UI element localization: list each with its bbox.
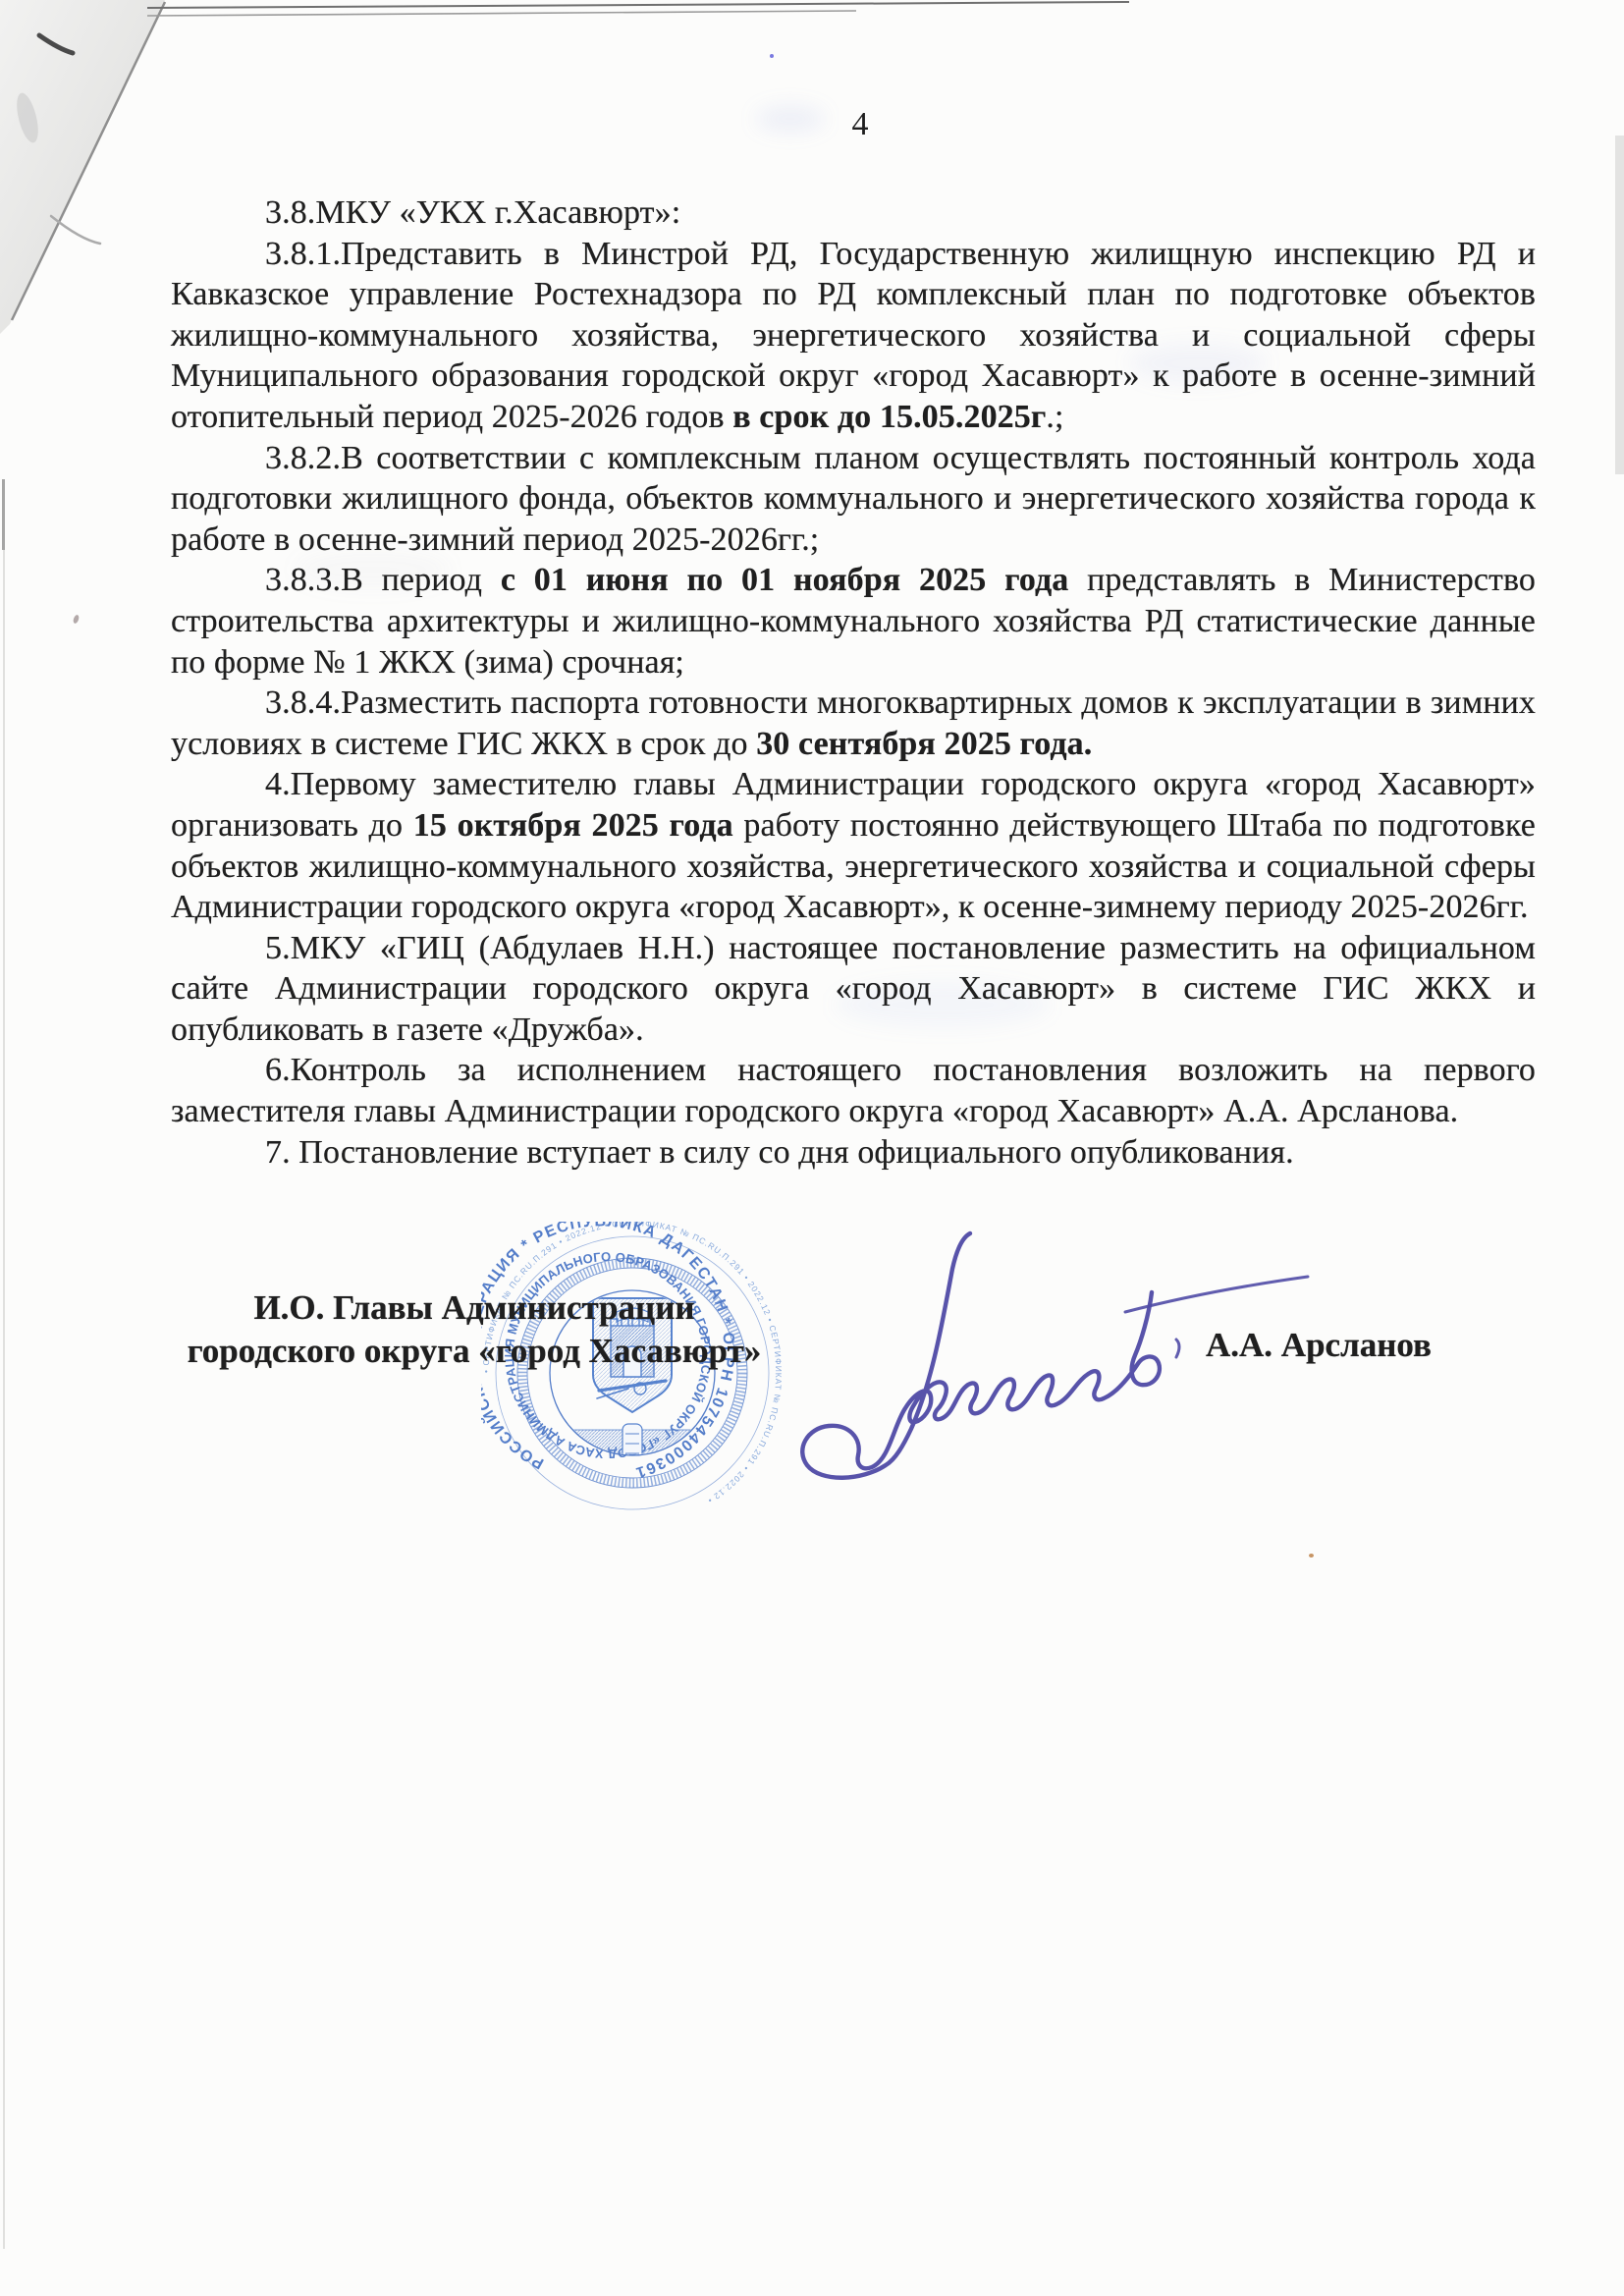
paragraph: 3.8.4.Разместить паспорта готовности мно… — [171, 683, 1536, 764]
paragraph: 3.8.1.Представить в Минстрой РД, Государ… — [171, 234, 1536, 438]
paragraph: 3.8.МКУ «УКХ г.Хасавюрт»: — [171, 192, 1536, 234]
scan-edge-line — [3, 550, 5, 2249]
scan-speck — [1309, 1554, 1314, 1558]
scan-edge-lines — [0, 0, 1624, 29]
scanned-document-page: 4 3.8.МКУ «УКХ г.Хасавюрт»:3.8.1.Предста… — [0, 0, 1624, 2296]
paragraph: 3.8.3.В период с 01 июня по 01 ноября 20… — [171, 560, 1536, 683]
scan-speck — [73, 614, 81, 624]
page-number: 4 — [811, 106, 909, 143]
signature-title-line2: городского округа «город Хасавюрт» — [177, 1330, 772, 1373]
signature-title-line1: И.О. Главы Администрации — [177, 1286, 772, 1330]
paragraph: 7. Постановление вступает в силу со дня … — [171, 1132, 1536, 1174]
scan-edge-line — [2, 479, 5, 550]
official-round-stamp: • СЕРТИФИКАТ № ПС.RU.П.291 • 2022.12 • С… — [481, 1222, 784, 1524]
scan-edge-strip — [1615, 136, 1624, 474]
paragraph: 3.8.2.В соответствии с комплексным плано… — [171, 438, 1536, 561]
signature-ink — [746, 1218, 1335, 1503]
signature-title: И.О. Главы Администрации городского окру… — [177, 1286, 772, 1372]
paragraph: 6.Контроль за исполнением настоящего пос… — [171, 1050, 1536, 1131]
paragraph: 4.Первому заместителю главы Администраци… — [171, 764, 1536, 927]
scan-speck — [770, 54, 774, 58]
page-corner-fold-artifact — [0, 0, 353, 393]
document-body: 3.8.МКУ «УКХ г.Хасавюрт»:3.8.1.Представи… — [171, 192, 1536, 1173]
paragraph: 5.МКУ «ГИЦ (Абдулаев Н.Н.) настоящее пос… — [171, 928, 1536, 1051]
